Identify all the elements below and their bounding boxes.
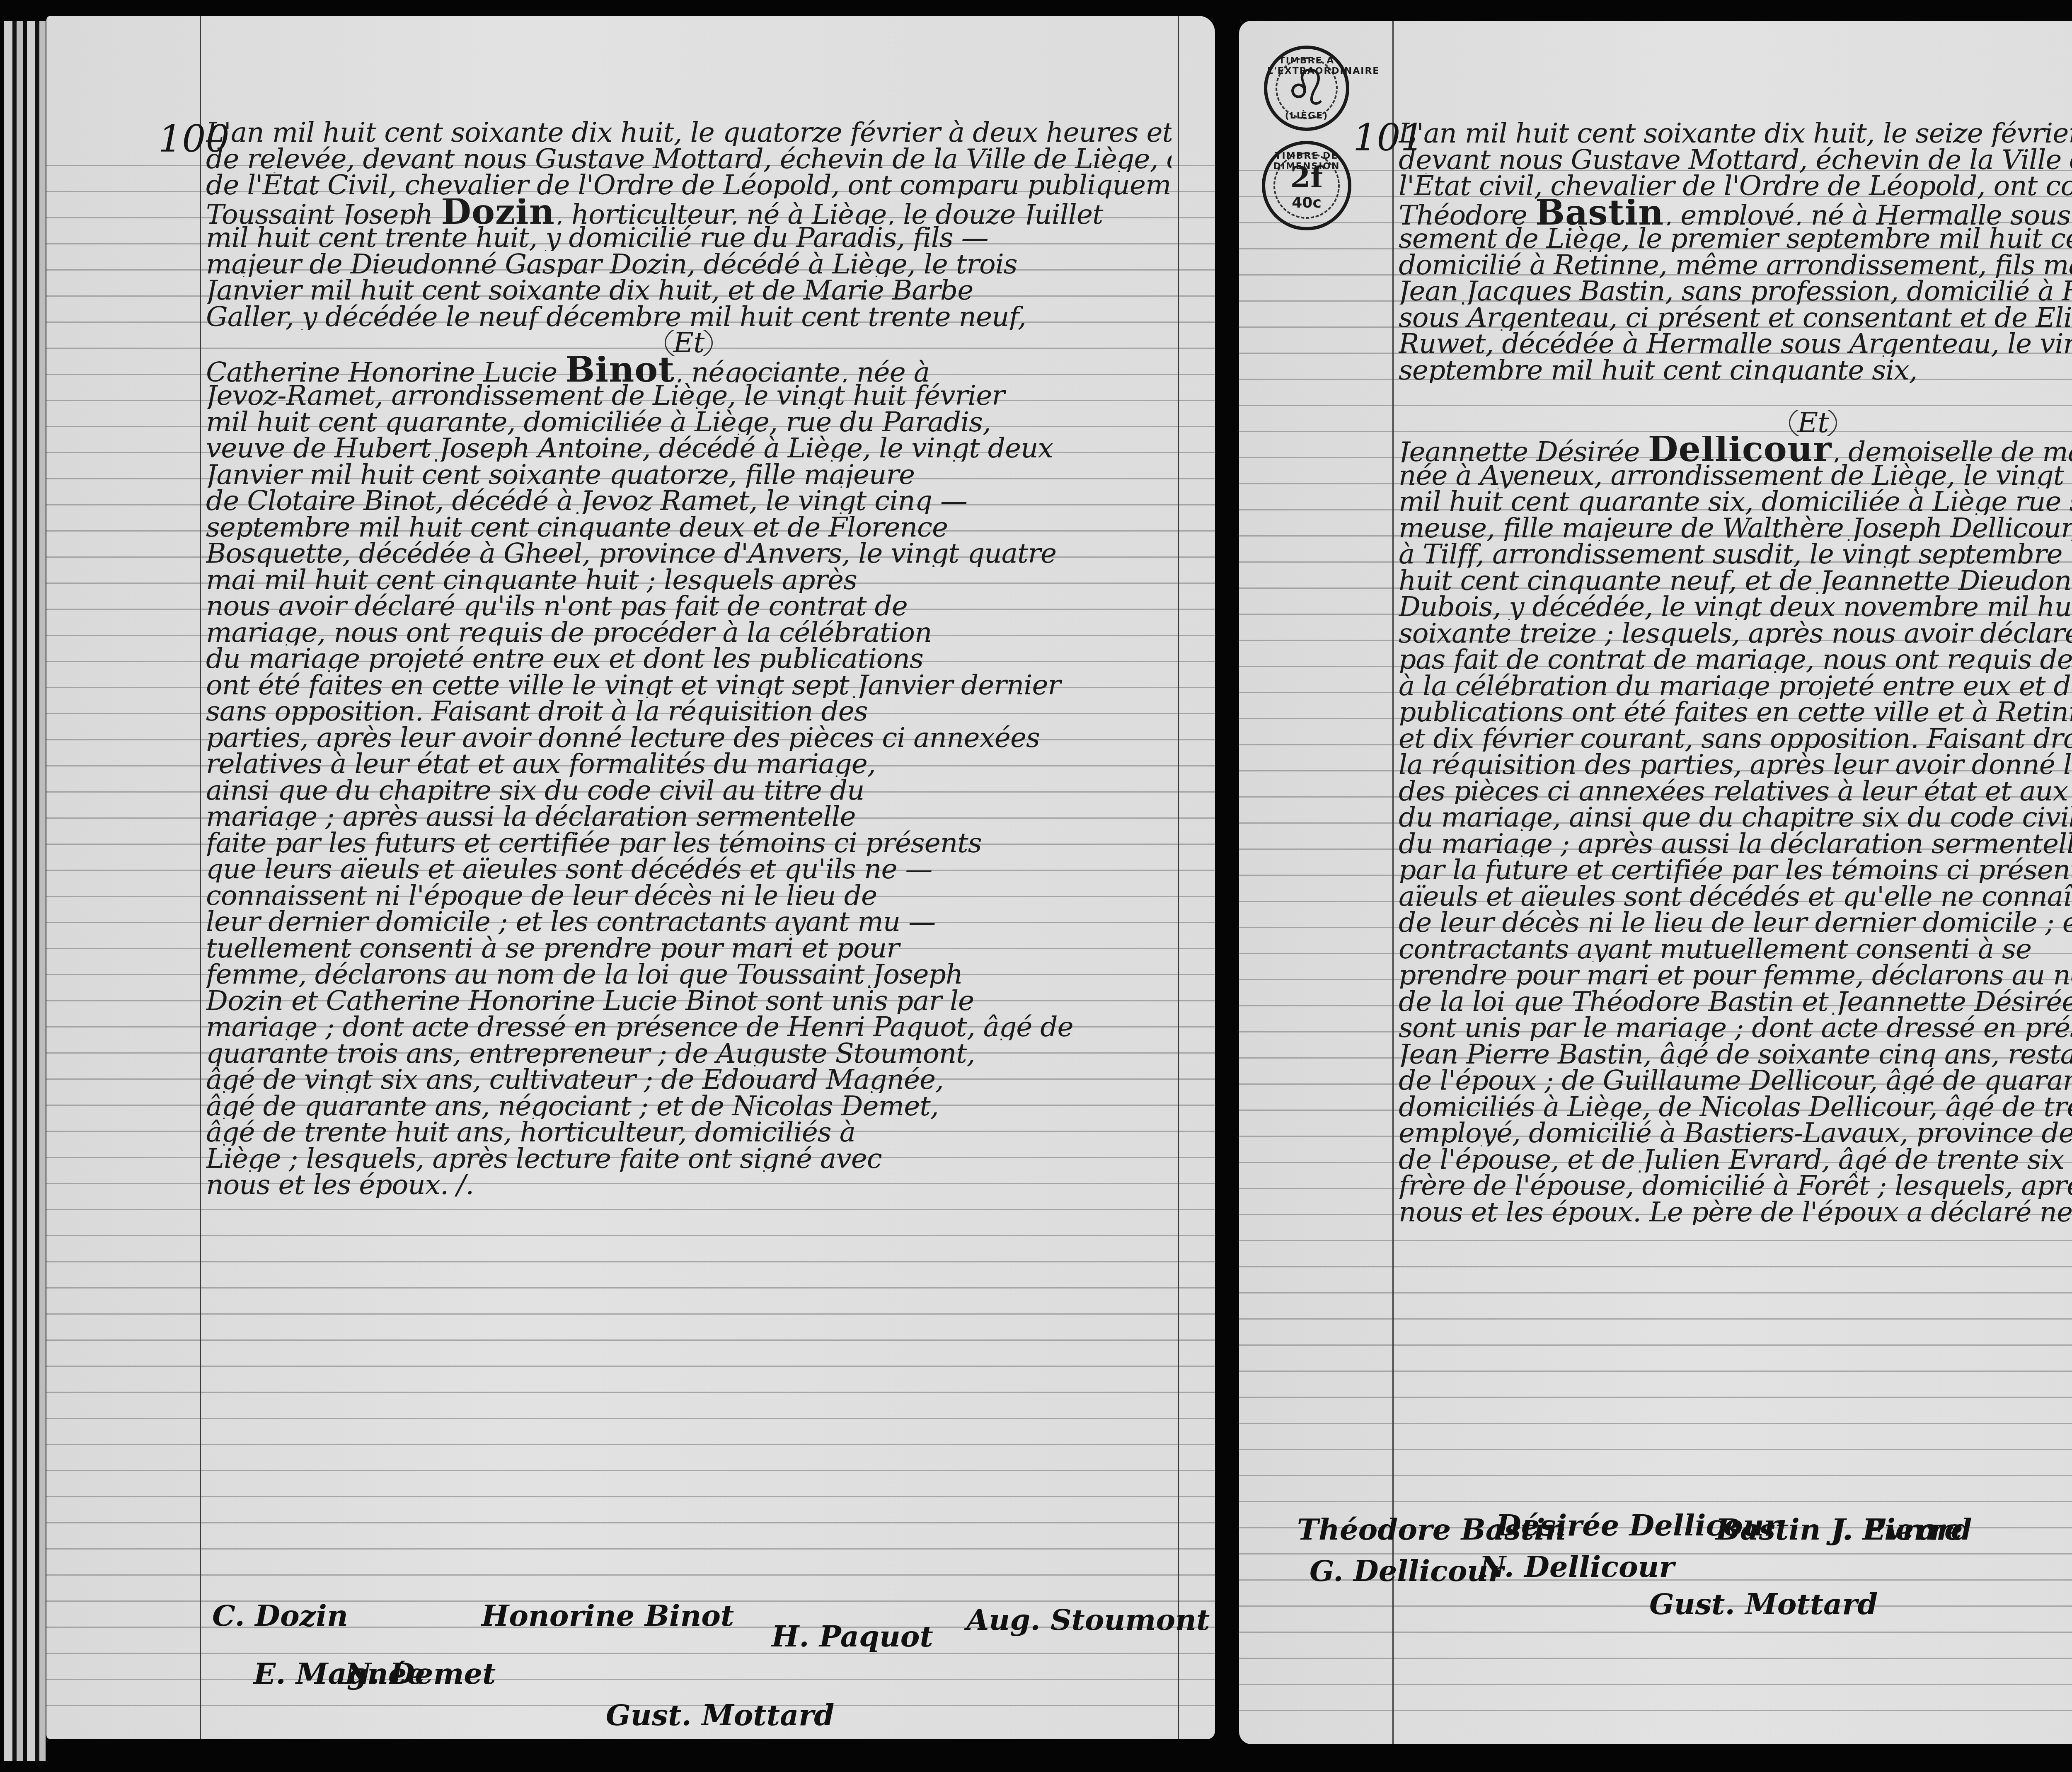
text-line: de Clotaire Binot, décédé à Jevoz Ramet,…: [206, 488, 1172, 514]
text-line: Jean Jacques Bastin, sans profession, do…: [1399, 278, 2072, 305]
text-line: relatives à leur état et aux formalités …: [206, 751, 1172, 777]
text-line: Galler, y décédée le neuf décembre mil h…: [206, 304, 1172, 330]
text-line: Dubois, y décédée, le vingt deux novembr…: [1399, 594, 2072, 620]
text-line: pas fait de contrat de mariage, nous ont…: [1399, 646, 2072, 673]
text-line: sans opposition. Faisant droit à la réqu…: [206, 698, 1172, 725]
text-line: âgé de vingt six ans, cultivateur ; de E…: [206, 1066, 1172, 1093]
text-line: à Tilff, arrondissement susdit, le vingt…: [1399, 541, 2072, 568]
et-conjunction: Et: [665, 330, 713, 356]
text-line: la réquisition des parties, après leur a…: [1399, 752, 2072, 778]
text-line: que leurs aïeuls et aïeules sont décédés…: [206, 856, 1172, 882]
text-line: tuellement consenti à se prendre pour ma…: [206, 935, 1172, 962]
text-line: nous avoir déclaré qu'ils n'ont pas fait…: [206, 593, 1172, 619]
text-line: nous et les époux. /.: [206, 1172, 1172, 1198]
text-line: de l'État Civil, chevalier de l'Ordre de…: [206, 172, 1172, 198]
text-line: connaissent ni l'époque de leur décès ni…: [206, 882, 1172, 909]
text-line: de la loi que Théodore Bastin et Jeannet…: [1399, 989, 2072, 1015]
text-line: Ruwet, décédée à Hermalle sous Argenteau…: [1399, 331, 2072, 357]
text-line: domiciliés à Liège, de Nicolas Dellicour…: [1399, 1094, 2072, 1120]
text-line: de relevée, devant nous Gustave Mottard,…: [206, 146, 1172, 172]
text-line: Jeannette Désirée Dellicour, demoiselle …: [1399, 436, 2072, 462]
text-line: mai mil huit cent cinquante huit ; lesqu…: [206, 567, 1172, 593]
right-page: TIMBRE À L'EXTRAORDINAIRE ♌ (LIÈGE) TIMB…: [1239, 21, 2072, 1744]
text-line: sement de Liège, le premier septembre mi…: [1399, 225, 2072, 252]
surname: Dellicour: [1648, 436, 1832, 462]
text-line: [1399, 383, 2072, 410]
text-line: septembre mil huit cent cinquante deux e…: [206, 514, 1172, 541]
text-line: Catherine Honorine Lucie Binot, négocian…: [206, 356, 1172, 383]
text-line: Et: [1399, 410, 2072, 436]
text-line: Toussaint Joseph Dozin, horticulteur, né…: [206, 198, 1172, 225]
surname: Dozin: [441, 198, 555, 225]
text-line: L'an mil huit cent soixante dix huit, le…: [1399, 120, 2072, 147]
signature: N. Demet: [345, 1656, 496, 1691]
text-line: ainsi que du chapitre six du code civil …: [206, 777, 1172, 804]
text-line: l'État civil, chevalier de l'Ordre de Lé…: [1399, 173, 2072, 199]
text-line: faite par les futurs et certifiée par le…: [206, 830, 1172, 856]
text-line: par la future et certifiée par les témoi…: [1399, 857, 2072, 883]
dimension-stamp: TIMBRE DE DIMENSION 2f 40c: [1262, 141, 1351, 230]
signature: G. Dellicour: [1310, 1554, 1503, 1588]
signature: Gust. Mottard: [606, 1698, 834, 1732]
text-line: née à Ayeneux, arrondissement de Liège, …: [1399, 462, 2072, 489]
text-line: prendre pour mari et pour femme, déclaro…: [1399, 962, 2072, 989]
text-line: soixante treize ; lesquels, après nous a…: [1399, 620, 2072, 647]
text-line: huit cent cinquante neuf, et de Jeannett…: [1399, 568, 2072, 594]
text-line: Jevoz-Ramet, arrondissement de Liège, le…: [206, 382, 1172, 409]
left-page: 100 L'an mil huit cent soixante dix huit…: [46, 16, 1215, 1739]
text-line: mariage ; après aussi la déclaration ser…: [206, 803, 1172, 830]
marriage-record-text: L'an mil huit cent soixante dix huit, le…: [206, 119, 1172, 1198]
text-line: Liège ; lesquels, après lecture faite on…: [206, 1146, 1172, 1172]
text-line: du mariage ; après aussi la déclaration …: [1399, 831, 2072, 857]
text-line: de l'épouse, et de Julien Evrard, âgé de…: [1399, 1146, 2072, 1173]
text-line: Bosquette, décédée à Gheel, province d'A…: [206, 540, 1172, 567]
signature: H. Paquot: [772, 1619, 933, 1654]
text-line: parties, après leur avoir donné lecture …: [206, 725, 1172, 751]
text-line: veuve de Hubert Joseph Antoine, décédé à…: [206, 435, 1172, 462]
text-line: Janvier mil huit cent soixante quatorze,…: [206, 462, 1172, 488]
text-line: femme, déclarons au nom de la loi que To…: [206, 961, 1172, 988]
text-line: mil huit cent trente huit, y domicilié r…: [206, 225, 1172, 251]
text-line: âgé de quarante ans, négociant ; et de N…: [206, 1093, 1172, 1119]
marriage-record-text: L'an mil huit cent soixante dix huit, le…: [1399, 120, 2072, 1225]
text-line: frère de l'épouse, domicilié à Forêt ; l…: [1399, 1172, 2072, 1199]
text-line: sous Argenteau, ci présent et consentant…: [1399, 305, 2072, 331]
text-line: publications ont été faites en cette vil…: [1399, 699, 2072, 725]
signature: Aug. Stoumont: [966, 1603, 1210, 1637]
signature: C. Dozin: [212, 1598, 348, 1633]
text-line: du mariage, ainsi que du chapitre six du…: [1399, 804, 2072, 831]
signature: N. Dellicour: [1479, 1550, 1674, 1584]
surname: Bastin: [1535, 199, 1664, 226]
signature: J. Evrard: [1832, 1512, 1972, 1547]
text-line: aïeuls et aïeules sont décédés et qu'ell…: [1399, 883, 2072, 910]
text-line: septembre mil huit cent cinquante six,: [1399, 357, 2072, 384]
text-line: ont été faites en cette ville le vingt e…: [206, 672, 1172, 699]
book-page-edges: [4, 21, 46, 1761]
text-line: à la célébration du mariage projeté entr…: [1399, 673, 2072, 699]
text-line: Théodore Bastin, employé, né à Hermalle …: [1399, 199, 2072, 226]
margin-rule: [200, 16, 201, 1739]
text-line: de leur décès ni le lieu de leur dernier…: [1399, 909, 2072, 936]
et-conjunction: Et: [1789, 410, 1837, 436]
text-line: sont unis par le mariage ; dont acte dre…: [1399, 1015, 2072, 1041]
text-line: leur dernier domicile ; et les contracta…: [206, 909, 1172, 935]
text-line: domicilié à Retinne, même arrondissement…: [1399, 252, 2072, 278]
text-line: employé, domicilié à Bastiers-Lavaux, pr…: [1399, 1120, 2072, 1146]
text-line: et dix février courant, sans opposition.…: [1399, 725, 2072, 752]
text-line: quarante trois ans, entrepreneur ; de Au…: [206, 1040, 1172, 1067]
text-line: mariage ; dont acte dressé en présence d…: [206, 1014, 1172, 1040]
text-line: devant nous Gustave Mottard, échevin de …: [1399, 147, 2072, 173]
signature: Honorine Binot: [482, 1598, 734, 1633]
text-line: mil huit cent quarante, domiciliée à Liè…: [206, 409, 1172, 435]
text-line: meuse, fille majeure de Walthère Joseph …: [1399, 515, 2072, 542]
text-line: mil huit cent quarante six, domiciliée à…: [1399, 488, 2072, 515]
text-line: majeur de Dieudonné Gaspar Dozin, décédé…: [206, 251, 1172, 278]
surname: Binot: [565, 356, 675, 383]
margin-rule: [1392, 21, 1394, 1744]
text-line: contractants ayant mutuellement consenti…: [1399, 936, 2072, 962]
text-line: Et: [206, 330, 1172, 356]
text-line: L'an mil huit cent soixante dix huit, le…: [206, 119, 1172, 146]
text-line: nous et les époux. Le père de l'époux a …: [1399, 1199, 2072, 1226]
text-line: du mariage projeté entre eux et dont les…: [206, 645, 1172, 672]
signature: Gust. Mottard: [1649, 1587, 1878, 1621]
text-line: âgé de trente huit ans, horticulteur, do…: [206, 1119, 1172, 1146]
text-line: des pièces ci annexées relatives à leur …: [1399, 778, 2072, 805]
text-line: Janvier mil huit cent soixante dix huit,…: [206, 277, 1172, 304]
extraordinary-tax-stamp: TIMBRE À L'EXTRAORDINAIRE ♌ (LIÈGE): [1264, 46, 1349, 131]
right-margin-rule: [1178, 16, 1179, 1739]
text-line: Dozin et Catherine Honorine Lucie Binot …: [206, 988, 1172, 1014]
text-line: Jean Pierre Bastin, âgé de soixante cinq…: [1399, 1041, 2072, 1068]
text-line: mariage, nous ont requis de procéder à l…: [206, 619, 1172, 646]
text-line: de l'époux ; de Guillaume Dellicour, âgé…: [1399, 1067, 2072, 1094]
